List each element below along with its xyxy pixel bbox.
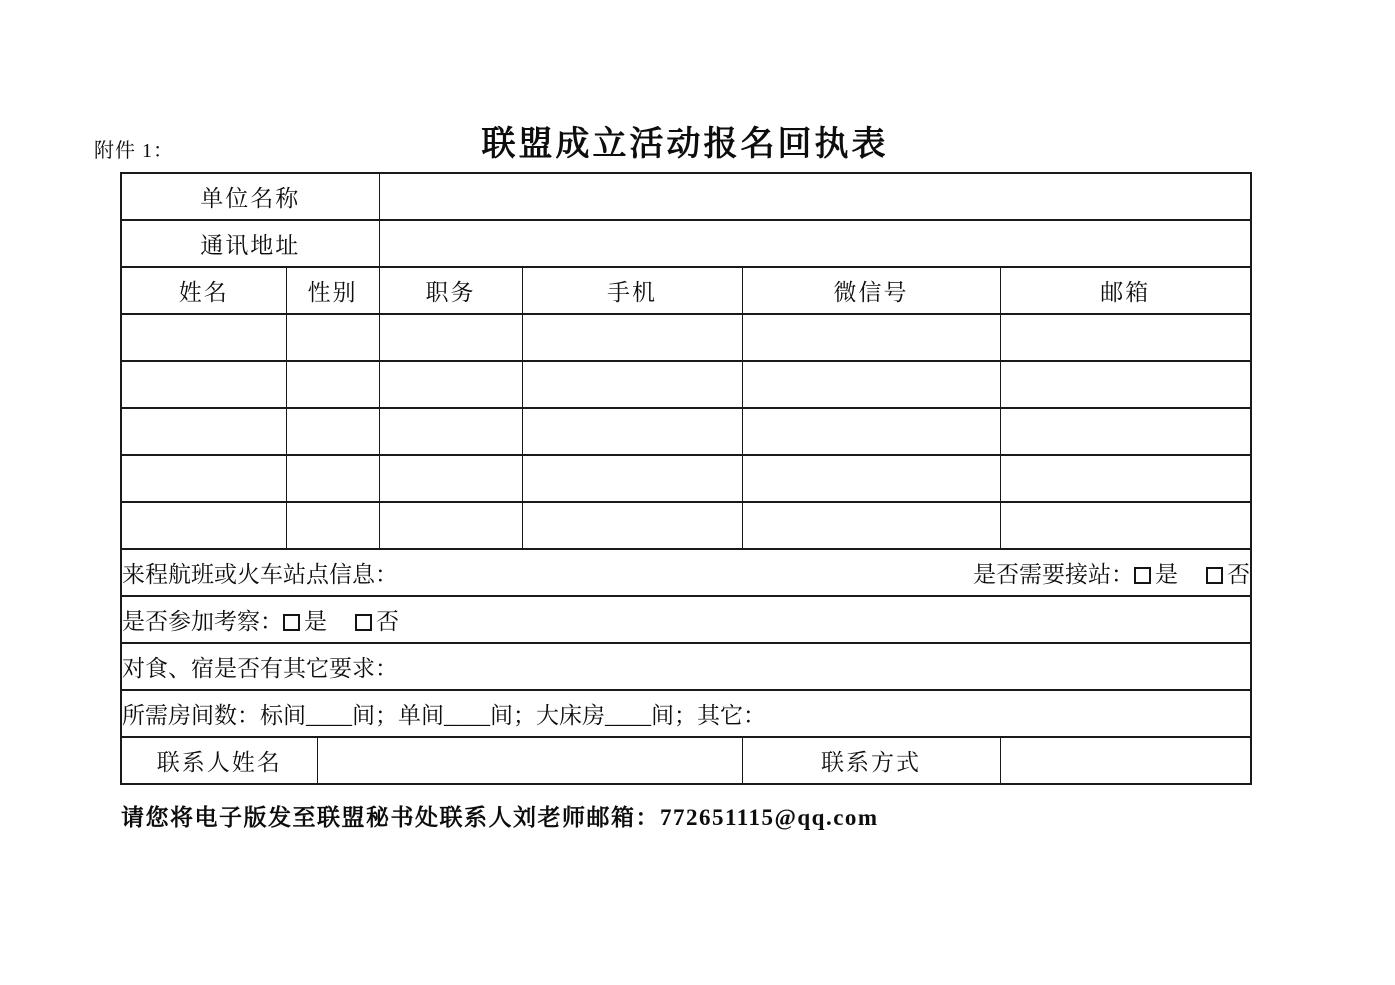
contact-name-value-cell	[317, 737, 742, 784]
pickup-no-label: 否	[1227, 562, 1250, 587]
pickup-label: 是否需要接站：	[973, 562, 1134, 587]
name-cell	[121, 361, 286, 408]
col-header-name: 姓名	[121, 267, 286, 314]
page-title: 联盟成立活动报名回执表	[120, 116, 1250, 165]
pickup-yes-label: 是	[1155, 562, 1178, 587]
footer-note: 请您将电子版发至联盟秘书处联系人刘老师邮箱：772651115@qq.com	[121, 799, 879, 832]
contact-row: 联系人姓名 联系方式	[121, 737, 1251, 784]
gender-cell	[286, 361, 379, 408]
address-value-cell	[379, 220, 1251, 267]
rooms-row: 所需房间数：标间____间；单间____间；大床房____间；其它：	[121, 690, 1251, 737]
mobile-cell	[522, 502, 742, 549]
name-cell	[121, 502, 286, 549]
col-header-email: 邮箱	[1000, 267, 1251, 314]
document-page: 附件 1： 联盟成立活动报名回执表 单位名称 通讯地址 姓名 性别 职务 手机 …	[0, 0, 1395, 985]
wechat-cell	[742, 502, 1000, 549]
wechat-cell	[742, 361, 1000, 408]
visit-yes-label: 是	[304, 609, 327, 634]
email-cell	[1000, 314, 1251, 361]
name-cell	[121, 314, 286, 361]
mobile-cell	[522, 361, 742, 408]
name-cell	[121, 408, 286, 455]
gender-cell	[286, 455, 379, 502]
contact-name-label: 联系人姓名	[121, 737, 317, 784]
visit-cell: 是否参加考察：是否	[121, 596, 1251, 643]
attendee-row	[121, 314, 1251, 361]
visit-no-checkbox	[355, 614, 372, 631]
col-header-wechat: 微信号	[742, 267, 1000, 314]
attendee-row	[121, 361, 1251, 408]
registration-form-table: 单位名称 通讯地址 姓名 性别 职务 手机 微信号 邮箱	[120, 172, 1252, 785]
rooms-cell: 所需房间数：标间____间；单间____间；大床房____间；其它：	[121, 690, 1251, 737]
transport-row: 来程航班或火车站点信息： 是否需要接站：是否	[121, 549, 1251, 596]
attendee-row	[121, 455, 1251, 502]
unit-name-label: 单位名称	[121, 173, 379, 220]
visit-label: 是否参加考察：	[122, 609, 283, 634]
col-header-position: 职务	[379, 267, 522, 314]
email-cell	[1000, 361, 1251, 408]
visit-yes-checkbox	[283, 614, 300, 631]
pickup-options: 是否需要接站：是否	[973, 556, 1250, 589]
mobile-cell	[522, 455, 742, 502]
position-cell	[379, 455, 522, 502]
gender-cell	[286, 408, 379, 455]
unit-name-row: 单位名称	[121, 173, 1251, 220]
address-label: 通讯地址	[121, 220, 379, 267]
position-cell	[379, 314, 522, 361]
mobile-cell	[522, 314, 742, 361]
col-header-mobile: 手机	[522, 267, 742, 314]
pickup-yes-checkbox	[1134, 567, 1151, 584]
name-cell	[121, 455, 286, 502]
email-cell	[1000, 408, 1251, 455]
meals-label: 对食、宿是否有其它要求：	[122, 656, 398, 681]
meals-cell: 对食、宿是否有其它要求：	[121, 643, 1251, 690]
pickup-no-checkbox	[1206, 567, 1223, 584]
transport-cell: 来程航班或火车站点信息： 是否需要接站：是否	[121, 549, 1251, 596]
contact-method-value-cell	[1000, 737, 1251, 784]
gender-cell	[286, 314, 379, 361]
col-header-gender: 性别	[286, 267, 379, 314]
email-cell	[1000, 502, 1251, 549]
mobile-cell	[522, 408, 742, 455]
unit-name-value-cell	[379, 173, 1251, 220]
visit-no-label: 否	[376, 609, 399, 634]
position-cell	[379, 361, 522, 408]
rooms-label: 所需房间数：标间____间；单间____间；大床房____间；其它：	[122, 703, 766, 728]
attendee-row	[121, 408, 1251, 455]
gender-cell	[286, 502, 379, 549]
meals-row: 对食、宿是否有其它要求：	[121, 643, 1251, 690]
transport-info-label: 来程航班或火车站点信息：	[122, 556, 398, 589]
wechat-cell	[742, 314, 1000, 361]
attendee-header-row: 姓名 性别 职务 手机 微信号 邮箱	[121, 267, 1251, 314]
wechat-cell	[742, 455, 1000, 502]
wechat-cell	[742, 408, 1000, 455]
email-cell	[1000, 455, 1251, 502]
visit-row: 是否参加考察：是否	[121, 596, 1251, 643]
address-row: 通讯地址	[121, 220, 1251, 267]
position-cell	[379, 408, 522, 455]
position-cell	[379, 502, 522, 549]
contact-method-label: 联系方式	[742, 737, 1000, 784]
attendee-row	[121, 502, 1251, 549]
